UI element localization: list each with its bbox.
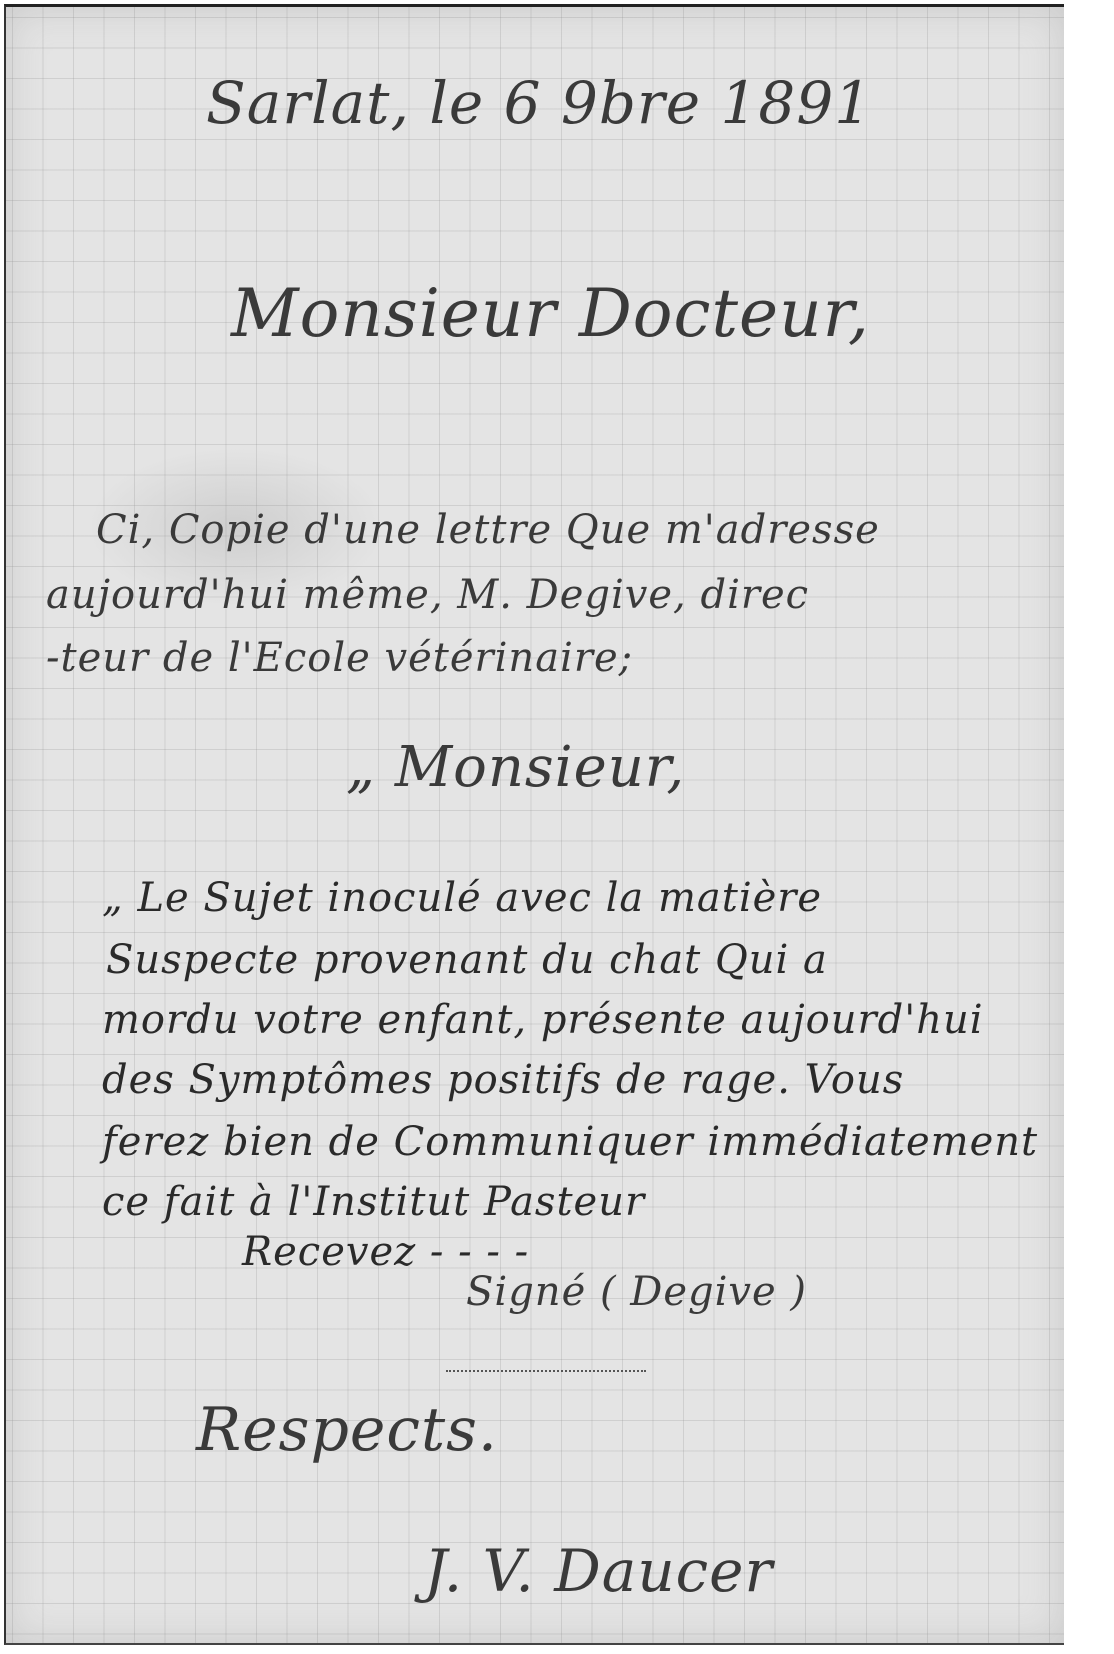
quoted-line-3: mordu votre enfant, présente aujourd'hui: [102, 997, 984, 1043]
quoted-salutation: „ Monsieur,: [346, 735, 685, 800]
intro-line-1: Ci, Copie d'une lettre Que m'adresse: [96, 507, 880, 553]
quoted-line-6: ce fait à l'Institut Pasteur: [102, 1179, 645, 1225]
quoted-line-5: ferez bien de Communiquer immédiatement: [102, 1119, 1038, 1165]
letter-paper: Sarlat, le 6 9bre 1891 Monsieur Docteur,…: [4, 4, 1064, 1645]
intro-line-2: aujourd'hui même, M. Degive, direc: [46, 572, 809, 618]
place-date: Sarlat, le 6 9bre 1891: [206, 69, 872, 137]
quoted-signed: Signé ( Degive ): [466, 1269, 807, 1315]
intro-line-3: -teur de l'Ecole vétérinaire;: [46, 635, 633, 681]
divider-flourish: [446, 1362, 646, 1372]
quoted-line-4: des Symptômes positifs de rage. Vous: [102, 1057, 904, 1103]
signature: J. V. Daucer: [424, 1537, 773, 1605]
quoted-line-2: Suspecte provenant du chat Qui a: [106, 937, 828, 983]
quoted-line-1: „ Le Sujet inoculé avec la matière: [102, 875, 822, 921]
closing: Respects.: [196, 1395, 498, 1465]
salutation: Monsieur Docteur,: [231, 275, 870, 352]
